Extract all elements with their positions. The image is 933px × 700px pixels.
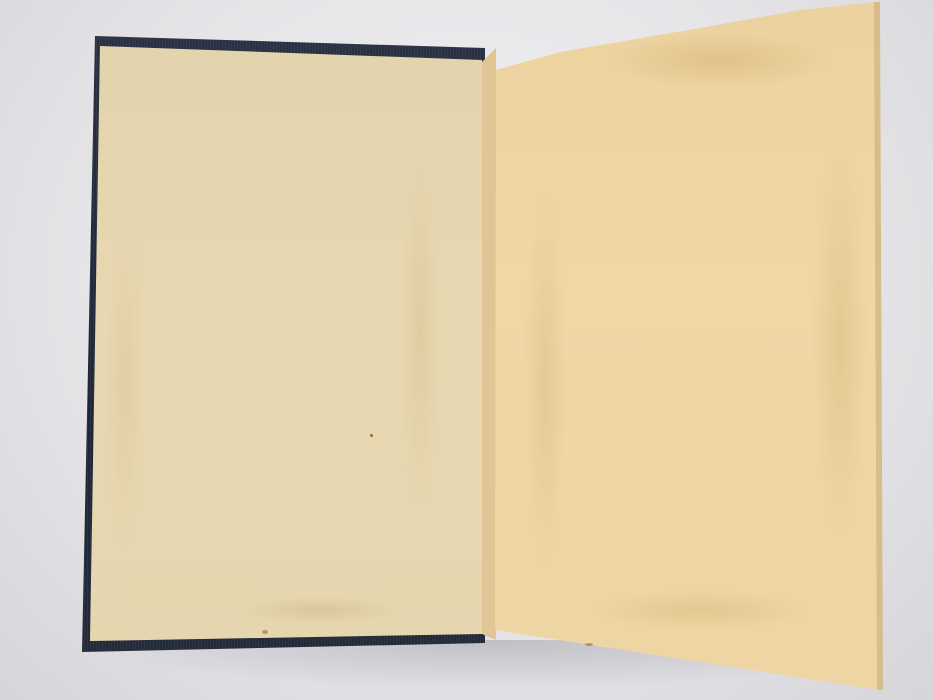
foxing-spot [370,434,373,437]
foxing-spot [262,630,268,634]
photo-scene [0,0,933,700]
foxing-spot [585,643,593,646]
